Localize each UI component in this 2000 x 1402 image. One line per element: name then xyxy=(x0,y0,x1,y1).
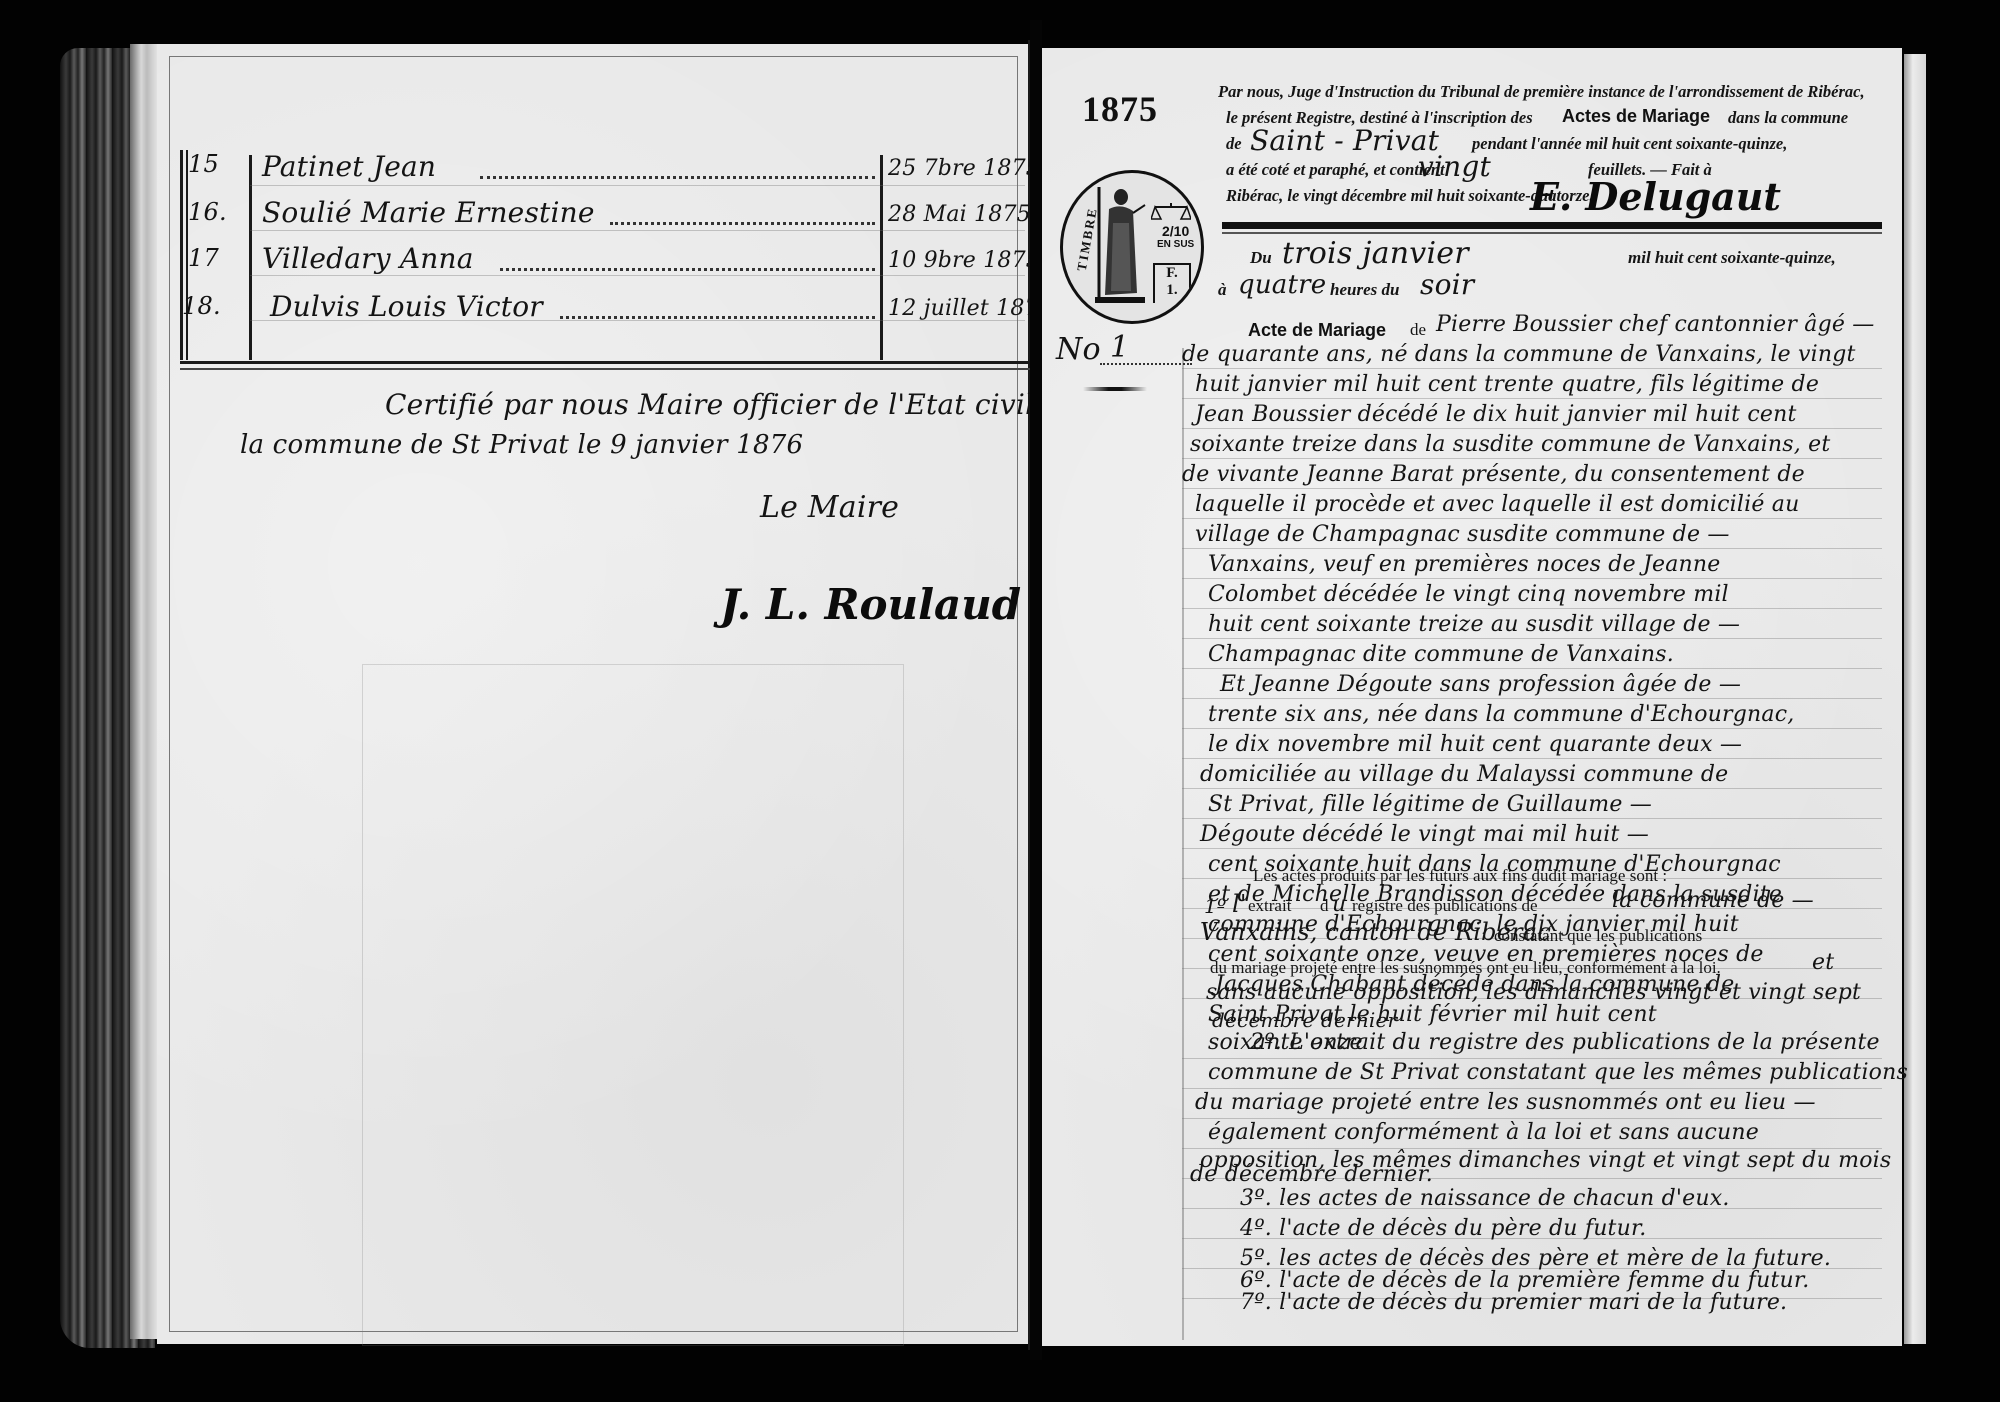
doc-line: de décembre dernier. xyxy=(1190,1162,1433,1187)
row-date: 28 Mai 1875 xyxy=(888,202,1031,227)
doc-line: 3º. les actes de naissance de chacun d'e… xyxy=(1240,1186,1730,1211)
stamp-value-fraction: 2/10 xyxy=(1157,225,1194,238)
date-handwritten: trois janvier xyxy=(1282,236,1469,271)
body-line: St Privat, fille légitime de Guillaume — xyxy=(1208,792,1652,817)
ruled-line xyxy=(250,185,1025,186)
doc1-decembre: décembre dernier xyxy=(1212,1008,1397,1032)
doc1-et: et xyxy=(1812,950,1834,975)
certification-line-2: la commune de St Privat le 9 janvier 187… xyxy=(240,430,803,460)
stamp-value-ensus: EN SUS xyxy=(1157,238,1194,251)
ornament-divider xyxy=(1083,387,1147,391)
row-date: 25 7bre 1875 xyxy=(888,156,1040,181)
stamp-price-box: F. 1. xyxy=(1153,263,1191,303)
leader-dots xyxy=(610,222,875,225)
body-line: Et Jeanne Dégoute sans profession âgée d… xyxy=(1220,672,1741,697)
body-line: Colombet décédée le vingt cinq novembre … xyxy=(1208,582,1729,607)
body-line: Jean Boussier décédé le dix huit janvier… xyxy=(1195,402,1797,427)
documents-intro: Les actes produits par les futurs aux fi… xyxy=(1253,866,1667,886)
row-date: 12 juillet 1875 xyxy=(888,296,1053,321)
table-bottom-border-2 xyxy=(180,368,1030,370)
doc1-u: u xyxy=(1332,892,1346,917)
doc1-mariage-projete: du mariage projeté entre les susnommés o… xyxy=(1210,958,1721,978)
doc1-opposition: sans aucune opposition, les dimanches vi… xyxy=(1206,980,1861,1005)
register-scan: 15 Patinet Jean 25 7bre 1875 16. Soulié … xyxy=(0,0,2000,1402)
mayor-signature: J. L. Roulaud xyxy=(720,580,1021,629)
doc-line: 4º. l'acte de décès du père du futur. xyxy=(1240,1216,1646,1241)
row-number: 17 xyxy=(188,244,219,272)
doc-line: commune de St Privat constatant que les … xyxy=(1208,1060,1908,1085)
date-suffix: mil huit cent soixante-quinze, xyxy=(1628,248,1836,268)
number-leader xyxy=(1100,363,1192,365)
time-hour: quatre xyxy=(1238,270,1326,300)
leader-dots xyxy=(480,176,875,179)
act-title-de: de xyxy=(1410,320,1426,340)
doc-line: du mariage projeté entre les susnommés o… xyxy=(1195,1090,1816,1115)
doc1-d: d xyxy=(1320,896,1329,916)
bleed-through-frame xyxy=(362,664,904,1346)
time-prefix: à xyxy=(1218,280,1227,300)
leader-dots xyxy=(500,268,875,271)
body-line: Vanxains, veuf en premières noces de Jea… xyxy=(1208,552,1721,577)
certification-line-1: Certifié par nous Maire officier de l'Et… xyxy=(385,388,1078,421)
judge-signature: E. Delugaut xyxy=(1530,174,1781,219)
act-title: Acte de Mariage xyxy=(1248,320,1386,341)
date-prefix: Du xyxy=(1250,248,1272,268)
doc1-commune: la commune de — xyxy=(1612,888,1814,913)
table-bottom-border xyxy=(180,361,1030,364)
header-line-2-suffix: dans la commune xyxy=(1728,108,1848,128)
margin-line xyxy=(1182,348,1184,1340)
header-line-4-prefix: a été coté et paraphé, et contient xyxy=(1226,160,1445,180)
body-line: le dix novembre mil huit cent quarante d… xyxy=(1208,732,1742,757)
body-line: Champagnac dite commune de Vanxains. xyxy=(1208,642,1674,667)
header-line-3-suffix: pendant l'année mil huit cent soixante-q… xyxy=(1472,134,1787,154)
row-name: Villedary Anna xyxy=(262,242,474,275)
body-line: huit cent soixante treize au susdit vill… xyxy=(1208,612,1740,637)
page-edge-right xyxy=(1904,54,1926,1344)
doc1-hand-a: l' xyxy=(1232,890,1247,918)
header-acts-title: Actes de Mariage xyxy=(1562,106,1710,127)
act-number-label: No xyxy=(1056,332,1101,367)
header-line-3-prefix: de xyxy=(1226,134,1242,154)
sheet-count: vingt xyxy=(1418,150,1491,183)
binding-gutter xyxy=(1030,20,1042,1360)
body-line: Pierre Boussier chef cantonnier âgé — xyxy=(1436,312,1874,337)
tax-stamp: TIMBRE 2/10 EN SUS F. 1. xyxy=(1060,170,1204,324)
header-rule-thin xyxy=(1222,232,1882,234)
doc-line: 7º. l'acte de décès du premier mari de l… xyxy=(1240,1290,1787,1315)
row-number: 15 xyxy=(188,150,219,178)
scales-icon xyxy=(1151,203,1191,225)
commune-name: Saint - Privat xyxy=(1250,124,1439,157)
row-number: 18. xyxy=(182,292,221,320)
time-mid: heures du xyxy=(1330,280,1399,300)
body-line: domiciliée au village du Malayssi commun… xyxy=(1200,762,1728,787)
mayor-title: Le Maire xyxy=(760,490,899,525)
header-rule-thick xyxy=(1222,222,1882,229)
row-number: 16. xyxy=(188,198,227,226)
header-line-1: Par nous, Juge d'Instruction du Tribunal… xyxy=(1218,82,1865,102)
act-number: 1 xyxy=(1110,330,1129,365)
body-line: laquelle il procède et avec laquelle il … xyxy=(1195,492,1799,517)
leader-dots xyxy=(560,316,875,319)
body-line: huit janvier mil huit cent trente quatre… xyxy=(1195,372,1819,397)
row-name: Dulvis Louis Victor xyxy=(270,290,543,323)
stamp-amount: 1. xyxy=(1155,282,1189,299)
row-date: 10 9bre 1875 xyxy=(888,248,1040,273)
ruled-line xyxy=(250,275,1025,276)
ruled-line xyxy=(250,230,1025,231)
body-line: trente six ans, née dans la commune d'Ec… xyxy=(1208,702,1794,727)
body-line: Dégoute décédé le vingt mai mil huit — xyxy=(1200,822,1649,847)
body-line: de vivante Jeanne Barat présente, du con… xyxy=(1182,462,1805,487)
row-name: Soulié Marie Ernestine xyxy=(262,196,595,229)
row-name: Patinet Jean xyxy=(262,150,436,183)
stamp-franc: F. xyxy=(1155,265,1189,282)
time-period: soir xyxy=(1420,268,1474,301)
doc1-extrait: extrait xyxy=(1248,896,1291,916)
year-header: 1875 xyxy=(1082,88,1158,130)
left-page xyxy=(157,44,1030,1344)
table-border-left xyxy=(180,150,183,360)
doc-line: 2º. L'extrait du registre des publicatio… xyxy=(1250,1030,1880,1055)
doc1-registre: registre des publications de xyxy=(1352,896,1538,916)
doc1-num: 1º xyxy=(1204,894,1227,918)
doc1-constatant: constatant que les publications xyxy=(1494,926,1702,946)
stamp-value: 2/10 EN SUS xyxy=(1157,225,1194,251)
body-line: village de Champagnac susdite commune de… xyxy=(1195,522,1730,547)
body-line: soixante treize dans la susdite commune … xyxy=(1190,432,1830,457)
doc-line: également conformément à la loi et sans … xyxy=(1208,1120,1759,1145)
justice-figure-icon xyxy=(1091,183,1147,305)
page-edge-highlight xyxy=(130,44,158,1339)
body-line: de quarante ans, né dans la commune de V… xyxy=(1182,342,1856,367)
